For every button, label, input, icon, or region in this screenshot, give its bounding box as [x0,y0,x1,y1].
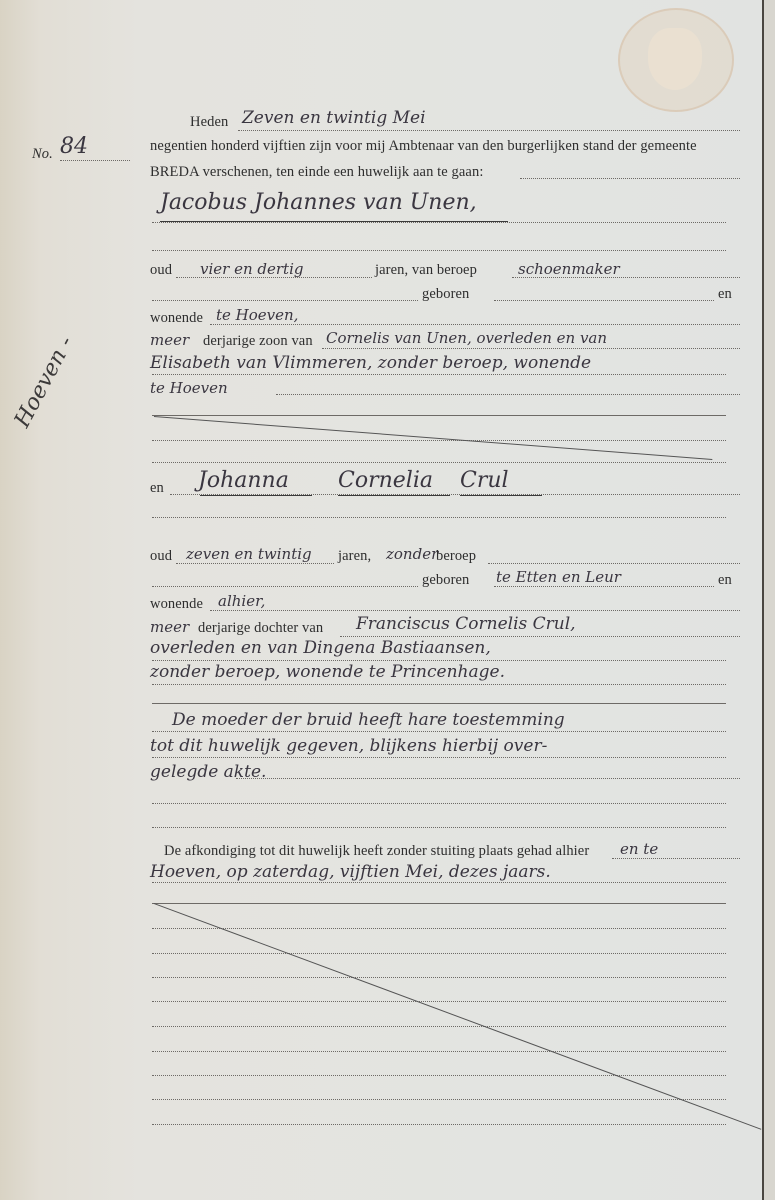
bride-parents-line-3: zonder beroep, wonende te Princenhage. [150,662,505,682]
dotted-rule [170,494,740,495]
margin-note: Hoeven - [10,332,79,432]
bride-en-label-2: en [718,572,732,589]
dotted-rule [152,586,418,587]
strike-through-line [154,416,712,460]
groom-meer-prefix: meer [150,331,189,349]
consent-line-2: tot dit huwelijk gegeven, blijkens hierb… [150,736,547,756]
bride-age: zeven en twintig [186,545,312,563]
dotted-rule [152,1124,726,1125]
groom-name: Jacobus Johannes van Unen, [160,190,477,215]
bride-parents-line-1: Franciscus Cornelis Crul, [356,614,576,634]
crown-crest-icon [648,28,702,90]
dotted-rule [152,977,726,978]
bride-wonende-label: wonende [150,596,203,613]
bride-en-label: en [150,480,164,497]
dotted-rule [152,660,726,661]
dotted-rule [488,563,740,564]
certificate-page: Heden Zeven en twintig Mei No. 84 negent… [0,0,762,1200]
dotted-rule [152,757,726,758]
bride-parents-line-2: overleden en van Dingena Bastiaansen, [150,638,491,658]
dotted-rule [210,324,740,325]
dotted-rule [152,803,726,804]
dotted-rule [152,415,726,416]
dotted-rule [494,586,714,587]
dotted-rule [276,394,740,395]
dotted-rule [152,374,726,375]
bride-meer-prefix: meer [150,618,189,636]
bride-beroep-label: beroep [436,548,476,565]
name-underline [338,495,450,496]
bride-child-label: derjarige dochter van [198,620,323,637]
groom-geboren-label: geboren [422,286,469,303]
groom-jaren-beroep-label: jaren, van beroep [375,262,477,279]
bride-name-middle: Cornelia [338,468,433,493]
dotted-rule [152,882,726,883]
bride-name-first: Johanna [198,468,289,493]
groom-child-label: derjarige zoon van [203,333,313,350]
dotted-rule [152,731,726,732]
groom-oud-label: oud [150,262,172,279]
bride-geboren-label: geboren [422,572,469,589]
number-label: No. [32,146,53,163]
dotted-rule [152,1026,726,1027]
dotted-rule [152,953,726,954]
bride-jaren-label: jaren, [338,548,371,565]
dotted-rule [238,130,740,131]
dotted-rule [152,1001,726,1002]
dotted-rule [176,277,372,278]
dotted-rule [494,300,714,301]
name-underline [460,495,542,496]
dotted-rule [152,903,726,904]
dotted-rule [236,778,740,779]
groom-age: vier en dertig [200,260,303,278]
groom-en-label: en [718,286,732,303]
facing-page-strip [764,0,775,1200]
groom-wonende-label: wonende [150,310,203,327]
dotted-rule [152,1099,726,1100]
dotted-rule [152,928,726,929]
proclamation-hw-tail: en te [620,840,658,858]
dotted-rule [60,160,130,161]
dotted-rule [152,222,726,223]
consent-line-3: gelegde akte. [150,762,266,782]
proclamation-line-2: Hoeven, op zaterdag, vijftien Mei, dezes… [150,862,551,882]
consent-line-1: De moeder der bruid heeft hare toestemmi… [172,710,565,730]
groom-residence: te Hoeven, [216,306,298,324]
dotted-rule [152,250,726,251]
dotted-rule [152,1075,726,1076]
bride-zonder: zonder [386,545,438,563]
name-underline [200,495,312,496]
record-number: 84 [60,134,88,159]
dotted-rule [210,610,740,611]
dotted-rule [152,517,726,518]
bride-surname: Crul [460,468,509,493]
proclamation-printed: De afkondiging tot dit huwelijk heeft zo… [164,843,589,860]
dotted-rule [152,684,726,685]
groom-occupation: schoenmaker [518,260,620,278]
dotted-rule [152,1051,726,1052]
dotted-rule [176,563,334,564]
groom-parents-line-1: Cornelis van Unen, overleden en van [326,329,607,347]
groom-parents-line-2: Elisabeth van Vlimmeren, zonder beroep, … [150,353,591,373]
dotted-rule [512,277,740,278]
embossed-seal-stamp [618,8,734,112]
dotted-rule [152,703,726,704]
bride-oud-label: oud [150,548,172,565]
strike-through-line [154,903,762,1130]
dotted-rule [612,858,740,859]
intro-line-3: BREDA verschenen, ten einde een huwelijk… [150,164,483,181]
heden-label: Heden [190,114,228,131]
dotted-rule [520,178,740,179]
groom-parents-line-3: te Hoeven [150,379,228,397]
date-handwritten: Zeven en twintig Mei [242,108,426,128]
bride-residence: alhier, [218,592,265,610]
dotted-rule [322,348,740,349]
dotted-rule [152,462,726,463]
dotted-rule [152,440,726,441]
bride-birthplace: te Etten en Leur [496,568,621,586]
dotted-rule [152,300,418,301]
intro-line-2: negentien honderd vijftien zijn voor mij… [150,138,697,155]
dotted-rule [152,827,726,828]
dotted-rule [340,636,740,637]
